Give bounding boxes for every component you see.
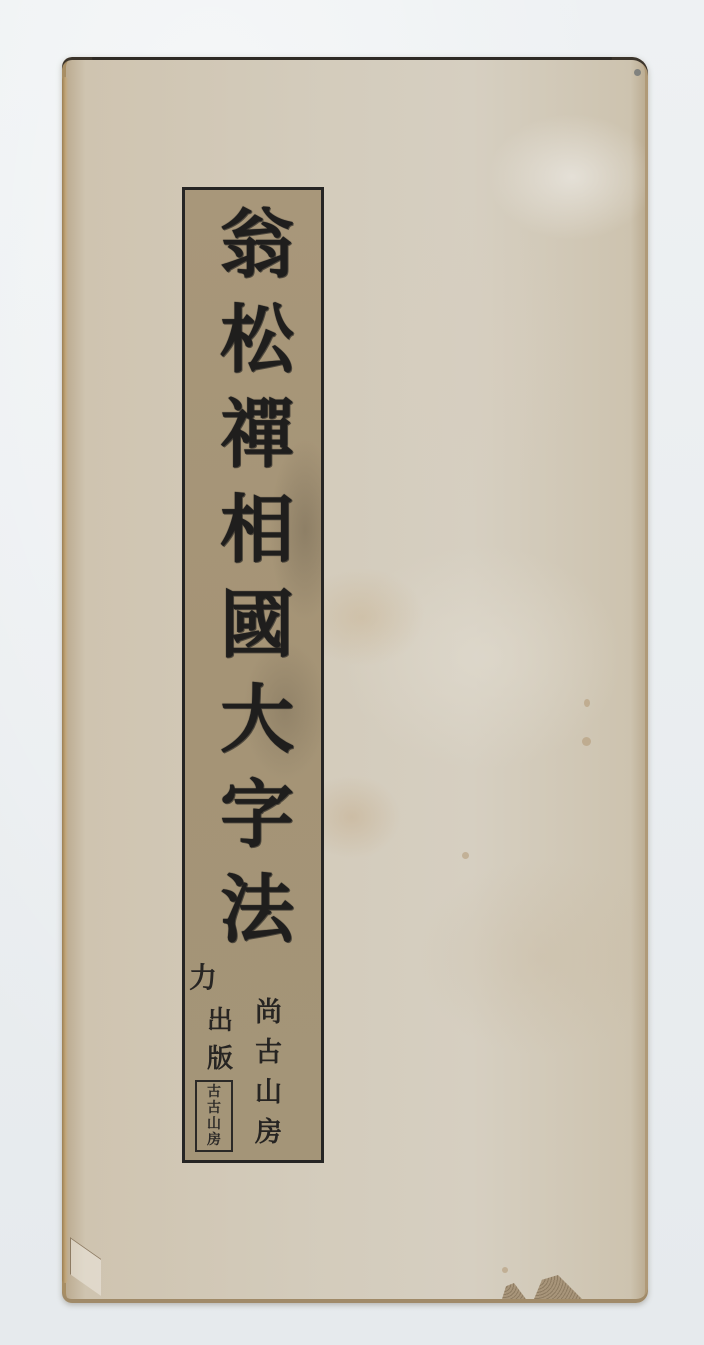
stain-spot [462, 852, 469, 859]
imprint-char: 版 [207, 1040, 233, 1078]
publisher-char: 古 [255, 1033, 282, 1073]
publisher-name: 尚 古 山 房 [255, 993, 282, 1153]
title-char: 大 [220, 673, 294, 768]
title-char: 相 [220, 483, 294, 578]
title-char: 國 [220, 578, 294, 673]
publisher-char: 房 [255, 1113, 282, 1153]
seal-char: 古 [207, 1100, 221, 1116]
stain-spot [582, 737, 591, 746]
seal-char: 古 [207, 1084, 221, 1100]
title-label: 翁 松 禪 相 國 大 字 法 力 尚 古 山 房 出 版 古 古 山 房 [182, 187, 324, 1163]
book-cover: 翁 松 禪 相 國 大 字 法 力 尚 古 山 房 出 版 古 古 山 房 [62, 57, 648, 1303]
corner-crease [70, 1237, 101, 1296]
title-char: 翁 [220, 198, 294, 293]
publisher-char: 尚 [255, 993, 282, 1033]
stain-spot [584, 699, 590, 707]
book-spine-edge [62, 77, 68, 1283]
side-mark: 力 [189, 963, 217, 993]
seal-stamp: 古 古 山 房 [195, 1080, 233, 1152]
title-char: 法 [220, 863, 294, 958]
publisher-char: 山 [255, 1073, 282, 1113]
torn-edge [534, 1275, 614, 1299]
seal-char: 房 [207, 1132, 221, 1148]
imprint: 出 版 [207, 1002, 233, 1078]
title-column: 翁 松 禪 相 國 大 字 法 [213, 198, 301, 958]
imprint-char: 出 [207, 1002, 233, 1040]
title-char: 字 [220, 768, 294, 863]
pin-hole [634, 69, 641, 76]
stain-spot [502, 1267, 508, 1273]
book-top-edge [92, 57, 612, 60]
title-char: 禪 [220, 388, 294, 483]
seal-char: 山 [207, 1116, 221, 1132]
title-char: 松 [220, 293, 294, 388]
